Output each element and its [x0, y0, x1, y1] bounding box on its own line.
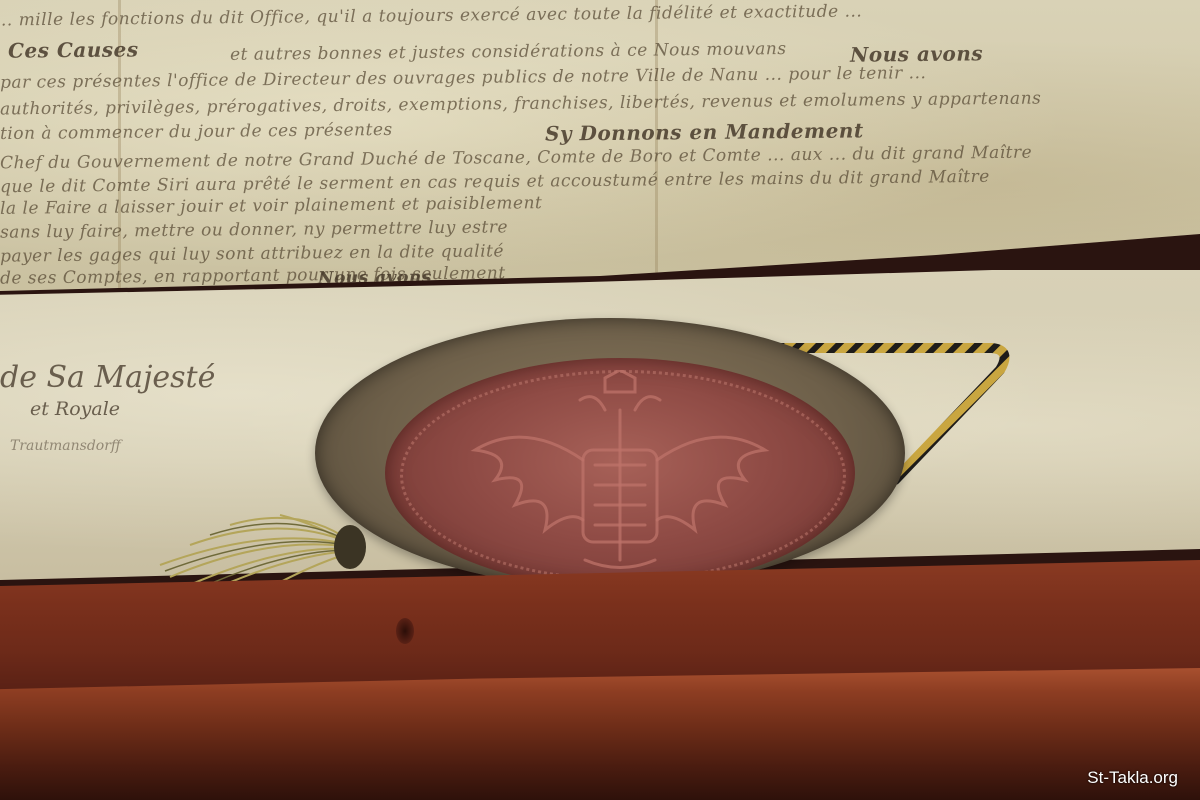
- double-headed-eagle-emblem: [455, 370, 785, 580]
- script-heading: Ces Causes: [8, 37, 139, 62]
- wooden-frame-lower-rail: [0, 668, 1200, 800]
- signature-line-2: et Royale: [30, 398, 120, 420]
- wood-knot: [396, 618, 414, 644]
- watermark: St-Takla.org: [1087, 768, 1178, 788]
- script-line: et autres bonnes et justes considération…: [230, 39, 787, 65]
- script-line: par ces présentes l'office de Directeur …: [0, 63, 926, 93]
- photo-scene: ... mille les fonctions du dit Office, q…: [0, 0, 1200, 800]
- signature-line-3: Trautmansdorff: [10, 438, 121, 454]
- script-line: tion à commencer du jour de ces présente…: [0, 120, 393, 144]
- script-line: authorités, privilèges, prérogatives, dr…: [0, 89, 1041, 120]
- signature-line-1: de Sa Majesté: [0, 360, 215, 395]
- script-line: payer les gages qui luy sont attribuez e…: [0, 241, 504, 266]
- document-upper-parchment: ... mille les fonctions du dit Office, q…: [0, 0, 1200, 300]
- script-heading: Sy Donnons en Mandement: [545, 118, 864, 145]
- script-line: ... mille les fonctions du dit Office, q…: [0, 1, 862, 30]
- script-line: la le Faire a laisser jouir et voir plai…: [0, 193, 542, 219]
- script-line: sans luy faire, mettre ou donner, ny per…: [0, 217, 508, 242]
- script-heading: Nous avons: [318, 267, 432, 288]
